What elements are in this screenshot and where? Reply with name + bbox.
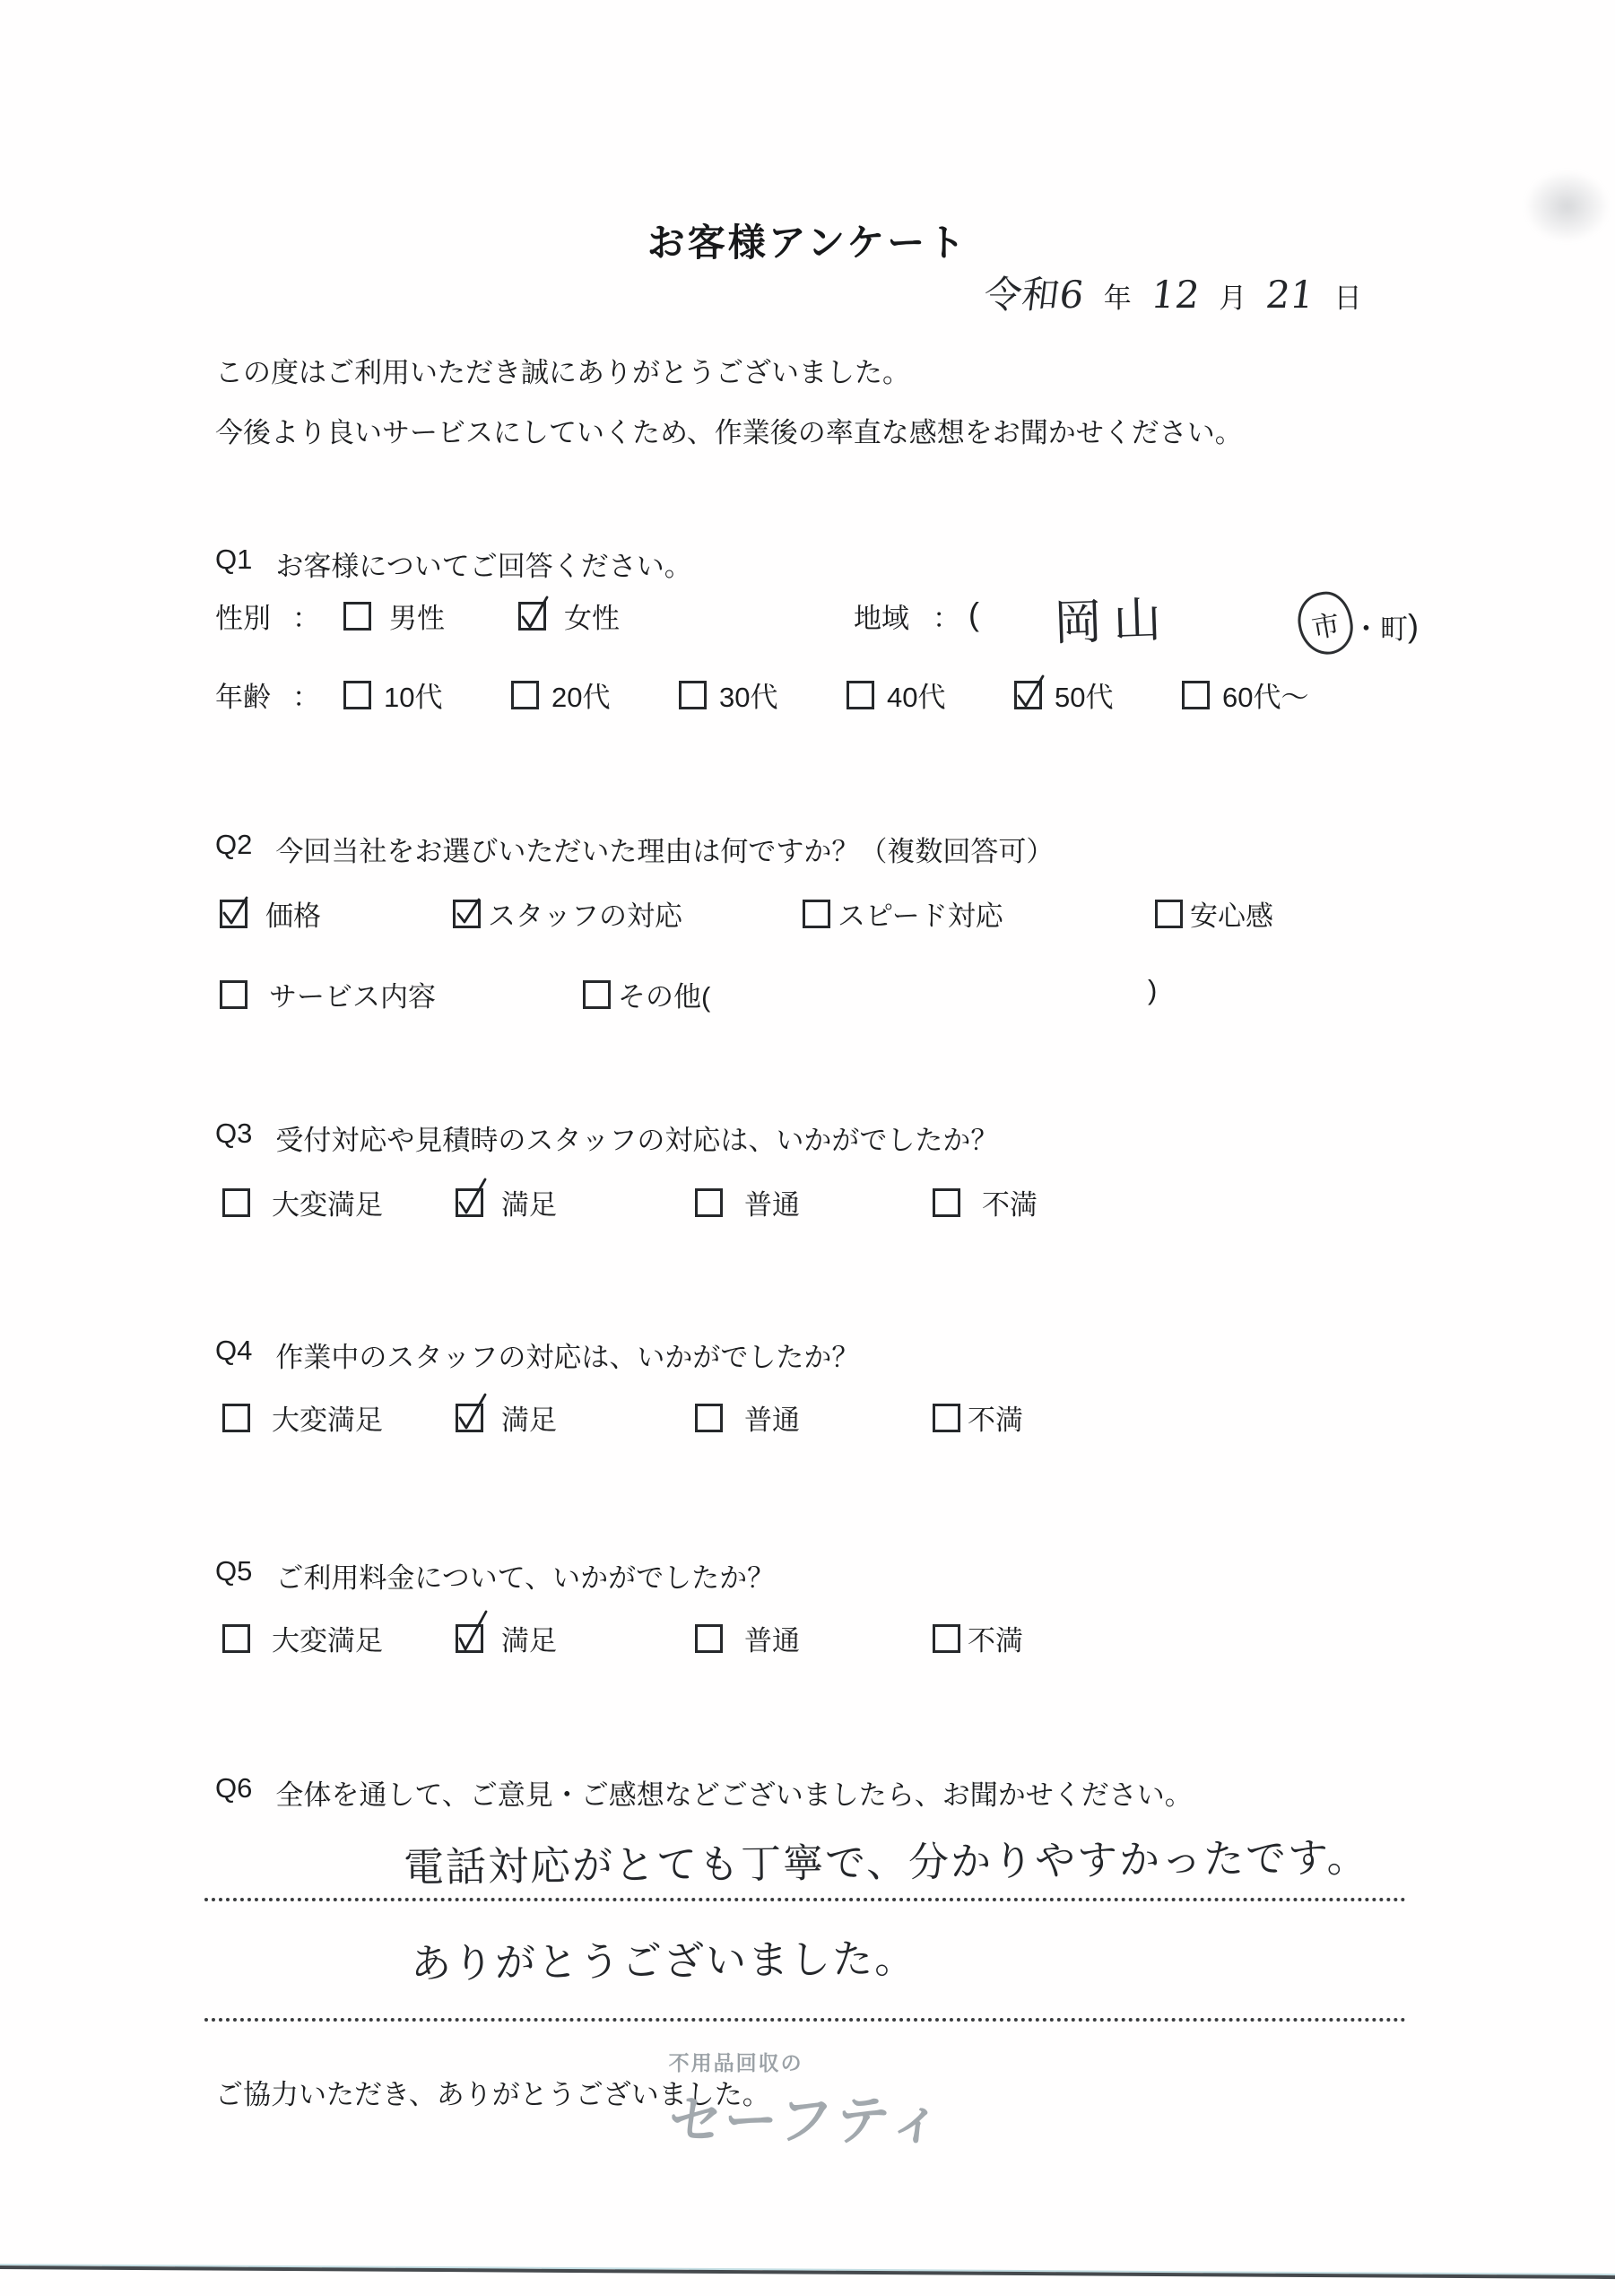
check-mark-icon [456,1613,488,1655]
checkbox-other[interactable] [583,980,611,1009]
q3-heading: Q3 受付対応や見積時のスタッフの対応は、いかがでしたか？ [215,1118,998,1158]
intro-line-1: この度はご利用いただき誠にありがとうございました。 [215,343,1243,403]
q4-neutral-label: 普通 [744,1397,800,1438]
q3-options-row: 大変満足 満足 普通 不満 [0,1182,1615,1247]
q3-checkbox-neutral[interactable] [695,1188,723,1217]
q4-title: 作業中のスタッフの対応は、いかがでしたか？ [275,1335,859,1375]
checkbox-age-60s[interactable] [1182,681,1210,709]
q6-answer-line-2-handwritten: ありがとうございました。 [411,1926,917,1989]
checkbox-age-10s[interactable] [343,681,371,709]
q2-number: Q2 [215,829,252,869]
q4-options-row: 大変満足 満足 普通 不満 [0,1397,1615,1462]
q1-gender-row: 性別 ： 男性 女性 地域 ： ( 岡山 市 ・町 ) [0,596,1615,660]
q4-checkbox-satisfied[interactable] [456,1404,483,1432]
checkbox-staff-response-label: スタッフの対応 [488,893,682,934]
q4-checkbox-very-satisfied[interactable] [222,1404,250,1432]
checkbox-reassurance[interactable] [1155,900,1183,928]
scan-edge-line [0,2266,1615,2279]
check-mark-icon [1014,670,1046,711]
region-city-circled: 市 [1293,587,1357,658]
q5-checkbox-neutral[interactable] [695,1624,723,1653]
checkbox-speed-response[interactable] [803,900,830,928]
q4-checkbox-dissatisfied[interactable] [933,1404,960,1432]
age-label: 年齢 [215,674,271,715]
q5-options-row: 大変満足 満足 普通 不満 [0,1618,1615,1683]
q3-checkbox-dissatisfied[interactable] [933,1188,960,1217]
q4-checkbox-neutral[interactable] [695,1404,723,1432]
gender-label: 性別 [215,596,271,636]
q6-number: Q6 [215,1772,252,1813]
checkbox-age-50s-label: 50代 [1055,674,1113,715]
checkbox-female[interactable] [518,602,546,631]
date-row: 令和6 年 12 月 21 日 [985,265,1362,319]
q5-very-satisfied-label: 大変満足 [272,1618,383,1658]
check-mark-icon [453,889,485,930]
q5-number: Q5 [215,1555,252,1596]
checkbox-male-label: 男性 [389,596,445,636]
checkbox-age-20s[interactable] [511,681,539,709]
checkbox-age-50s[interactable] [1014,681,1042,709]
logo-brand: セーフティ [664,2078,951,2155]
q3-checkbox-satisfied[interactable] [456,1188,483,1217]
region-close-paren: ) [1408,607,1419,645]
checkbox-age-20s-label: 20代 [551,674,610,715]
checkbox-female-label: 女性 [564,596,620,636]
q5-checkbox-dissatisfied[interactable] [933,1624,960,1653]
q6-heading: Q6 全体を通して、ご意見・ご感想などございましたら、お聞かせください。 [215,1772,1193,1813]
answer-dotted-line-1[interactable] [204,1898,1406,1901]
check-mark-icon [456,1393,488,1434]
region-label: 地域 [854,596,909,636]
q2-heading: Q2 今回当社をお選びいただいた理由は何ですか？（複数回答可） [215,829,1054,869]
checkbox-reassurance-label: 安心感 [1190,893,1273,934]
q6-title: 全体を通して、ご意見・ご感想などございましたら、お聞かせください。 [275,1772,1192,1813]
q3-title: 受付対応や見積時のスタッフの対応は、いかがでしたか？ [275,1118,998,1158]
q2-options-row1: 価格 スタッフの対応 スピード対応 安心感 [0,893,1615,958]
check-mark-icon [456,1178,488,1219]
date-year-suffix: 年 [1104,275,1132,316]
checkbox-service-content[interactable] [220,980,247,1009]
q4-satisfied-label: 満足 [501,1397,557,1438]
q2-title: 今回当社をお選びいただいた理由は何ですか？（複数回答可） [275,829,1054,869]
q3-number: Q3 [215,1118,252,1158]
answer-dotted-line-2[interactable] [204,2018,1406,2022]
checkbox-other-label: その他( [618,974,710,1014]
date-month-handwritten: 12 [1149,273,1202,317]
q3-neutral-label: 普通 [744,1182,800,1222]
check-mark-icon [518,591,551,632]
checkbox-age-60s-label: 60代～ [1222,674,1308,715]
checkbox-price[interactable] [220,900,247,928]
q5-heading: Q5 ご利用料金について、いかがでしたか？ [215,1555,775,1596]
date-day-handwritten: 21 [1263,273,1316,317]
logo-tagline: 不用品回収の [669,2051,803,2074]
q1-number: Q1 [215,544,252,584]
q4-heading: Q4 作業中のスタッフの対応は、いかがでしたか？ [215,1335,859,1375]
other-close-paren: ) [1148,974,1157,1006]
checkbox-age-40s[interactable] [847,681,874,709]
check-mark-icon [220,889,252,930]
q3-dissatisfied-label: 不満 [982,1182,1038,1222]
checkbox-age-30s[interactable] [679,681,707,709]
q1-heading: Q1 お客様についてご回答ください。 [215,544,692,584]
checkbox-speed-response-label: スピード対応 [838,893,1003,934]
page-title: お客様アンケート [0,213,1615,267]
q5-satisfied-label: 満足 [501,1618,557,1658]
q3-very-satisfied-label: 大変満足 [272,1182,383,1222]
region-rest: ・町 [1352,606,1408,647]
region-colon: ： [933,596,960,636]
checkbox-age-10s-label: 10代 [384,674,442,715]
q5-checkbox-satisfied[interactable] [456,1624,483,1653]
q1-title: お客様についてご回答ください。 [275,544,691,584]
date-day-suffix: 日 [1334,275,1362,316]
q4-very-satisfied-label: 大変満足 [272,1397,383,1438]
q5-checkbox-very-satisfied[interactable] [222,1624,250,1653]
company-logo: 不用品回収の セーフティ [0,2047,1615,2155]
q4-number: Q4 [215,1335,252,1375]
q6-answer-line-1-handwritten: 電話対応がとても丁寧で、分かりやすかったです。 [404,1824,1369,1892]
intro-text: この度はご利用いただき誠にありがとうございました。 今後より良いサービスにしてい… [215,343,1243,463]
intro-line-2: 今後より良いサービスにしていくため、作業後の率直な感想をお聞かせください。 [215,403,1243,463]
survey-page: お客様アンケート 令和6 年 12 月 21 日 この度はご利用いただき誠にあり… [0,0,1615,2296]
checkbox-price-label: 価格 [265,893,321,934]
checkbox-age-40s-label: 40代 [887,674,945,715]
date-month-suffix: 月 [1219,275,1246,316]
checkbox-staff-response[interactable] [453,900,481,928]
checkbox-age-30s-label: 30代 [719,674,777,715]
q5-dissatisfied-label: 不満 [968,1618,1023,1658]
q5-title: ご利用料金について、いかがでしたか？ [275,1555,775,1596]
q3-checkbox-very-satisfied[interactable] [222,1188,250,1217]
gender-colon: ： [292,596,320,636]
q3-satisfied-label: 満足 [501,1182,557,1222]
q1-age-row: 年齢 ： 10代 20代 30代 40代 50代 60代～ [0,674,1615,739]
date-era-year-handwritten: 令和6 [981,265,1087,319]
q5-neutral-label: 普通 [744,1618,800,1658]
q2-options-row2: サービス内容 その他( ) [0,974,1615,1039]
region-open-paren: ( [968,596,979,633]
checkbox-male[interactable] [343,602,371,631]
checkbox-service-content-label: サービス内容 [269,974,436,1014]
region-value-handwritten: 岡山 [1053,581,1174,655]
age-colon: ： [292,674,320,715]
q4-dissatisfied-label: 不満 [968,1397,1023,1438]
